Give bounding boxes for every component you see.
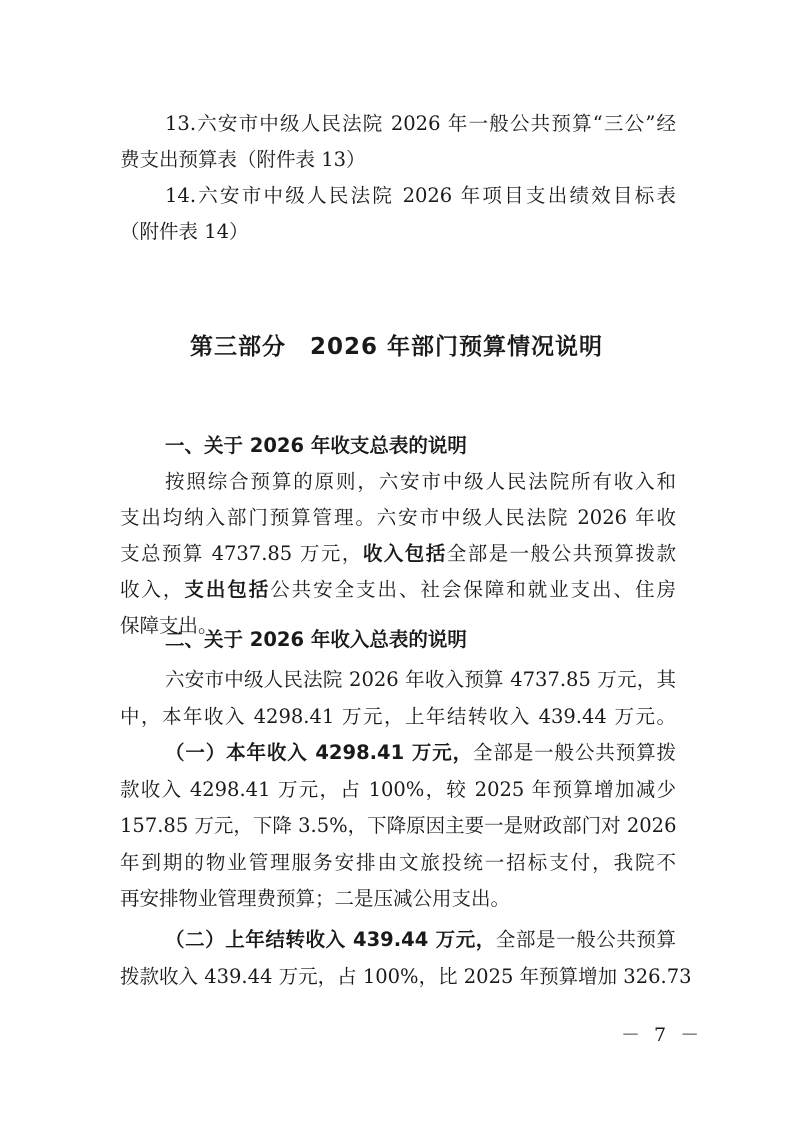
sub1-line3: 157.85 万元，下降 3.5%，下降原因主要一是财政部门对 2026 [120, 814, 676, 838]
section1-line4: 收入，支出包括公共安全支出、社会保障和就业支出、住房 [120, 578, 676, 602]
text-run: 支总预算 4737.85 万元， [120, 542, 363, 565]
bold-run: （二）上年结转收入 439.44 万元， [165, 928, 496, 951]
text-run: 公共安全支出、社会保障和就业支出、住房 [270, 578, 676, 601]
sub2-first-line: （二）上年结转收入 439.44 万元，全部是一般公共预算 [165, 928, 676, 952]
section2-intro-line1: 六安市中级人民法院 2026 年收入预算 4737.85 万元，其 [165, 668, 676, 692]
attachment-13-line2: 费支出预算表（附件表 13） [120, 148, 676, 172]
bold-run: 收入包括 [363, 542, 447, 565]
section-title: 第三部分 2026 年部门预算情况说明 [0, 328, 793, 361]
text-run: 全部是一般公共预算拨 [473, 741, 676, 764]
section1-heading: 一、关于 2026 年收支总表的说明 [165, 434, 676, 458]
sub1-line4: 年到期的物业管理服务安排由文旅投统一招标支付，我院不 [120, 851, 676, 875]
document-page: 13.六安市中级人民法院 2026 年一般公共预算“三公”经 费支出预算表（附件… [0, 0, 793, 1122]
text-run: 全部是一般公共预算拨款 [447, 542, 676, 565]
section1-line1: 按照综合预算的原则，六安市中级人民法院所有收入和 [165, 470, 676, 494]
sub1-line2: 款收入 4298.41 万元，占 100%，较 2025 年预算增加减少 [120, 778, 676, 802]
attachment-14-line1: 14.六安市中级人民法院 2026 年项目支出绩效目标表 [165, 184, 676, 208]
section2-heading: 二、关于 2026 年收入总表的说明 [165, 628, 676, 652]
attachment-14-line2: （附件表 14） [120, 220, 676, 244]
attachment-13-line1: 13.六安市中级人民法院 2026 年一般公共预算“三公”经 [165, 112, 676, 136]
section1-line3: 支总预算 4737.85 万元，收入包括全部是一般公共预算拨款 [120, 542, 676, 566]
bold-run: 支出包括 [184, 578, 270, 601]
section1-line2: 支出均纳入部门预算管理。六安市中级人民法院 2026 年收 [120, 506, 676, 530]
section2-intro-line2: 中，本年收入 4298.41 万元，上年结转收入 439.44 万元。 [120, 705, 676, 729]
text-run: 收入， [120, 578, 184, 601]
page-number: － 7 － [621, 1020, 703, 1047]
sub1-line5: 再安排物业管理费预算；二是压减公用支出。 [120, 887, 676, 911]
bold-run: （一）本年收入 4298.41 万元， [165, 741, 473, 764]
text-run: 全部是一般公共预算 [496, 928, 676, 951]
sub2-line2: 拨款收入 439.44 万元，占 100%，比 2025 年预算增加 326.7… [120, 965, 676, 989]
sub1-first-line: （一）本年收入 4298.41 万元，全部是一般公共预算拨 [165, 741, 676, 765]
